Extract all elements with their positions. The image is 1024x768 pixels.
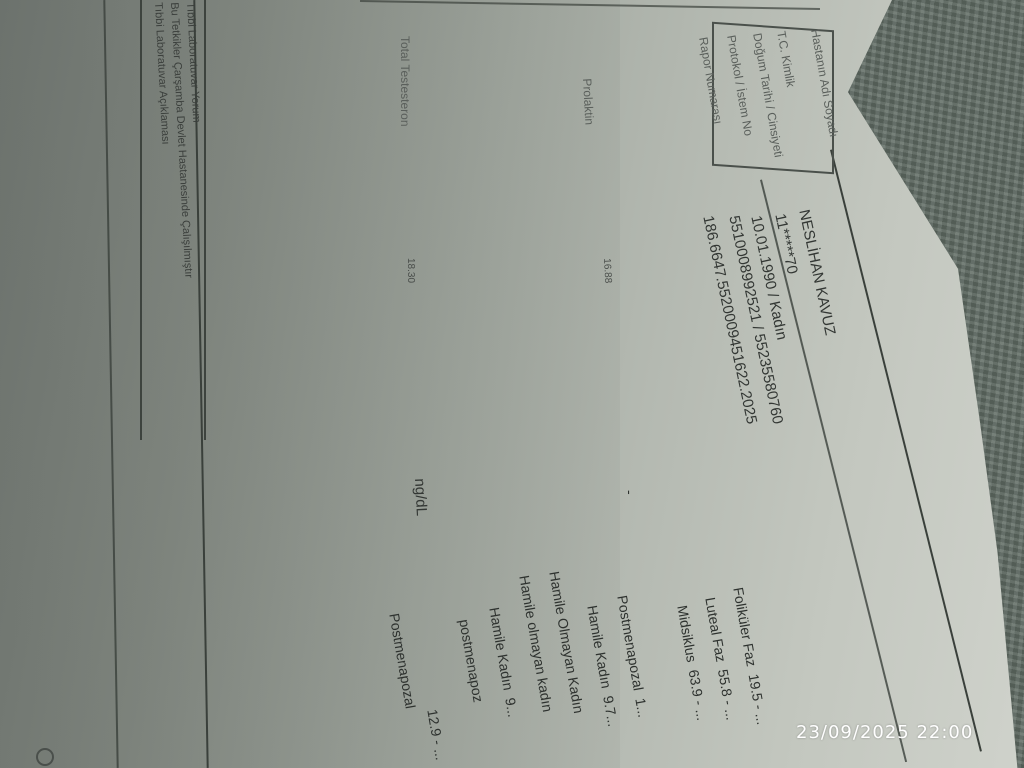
ref-midsiklus: Midsiklus 63.9 - ... — [674, 604, 710, 722]
value-patient-name: NESLİHAN KAVUZ — [795, 208, 838, 337]
test-unit-testosteron: ng/dL — [411, 478, 430, 516]
ref-hamile-kadin: Hamile Kadın 9.7... — [584, 604, 621, 728]
form-border-bottom-1 — [103, 0, 118, 768]
form-border-top — [360, 0, 820, 10]
ref-postmenapozal: Postmenapozal 1... — [614, 594, 651, 719]
ref-t-postmenapozal: Postmenapozal — [386, 612, 419, 710]
test-result-prolaktin: 16.88 — [601, 258, 613, 284]
corner-circle-mark — [36, 748, 54, 766]
dash-mark: - — [622, 490, 638, 495]
test-name-testosteron: Total Testesteron — [398, 36, 412, 127]
ref-t-postmenapoz: postmenapoz — [456, 618, 486, 704]
ref-t-hamile-kadin: Hamile Kadın 9... — [486, 606, 521, 718]
camera-timestamp: 23/09/2025 22:00 — [796, 722, 973, 743]
test-result-testosteron: 18.30 — [405, 258, 416, 283]
paper-shadow — [0, 0, 620, 768]
ref-t-range: 12.9 - ... — [424, 708, 449, 761]
test-name-prolaktin: Prolaktin — [580, 78, 596, 125]
